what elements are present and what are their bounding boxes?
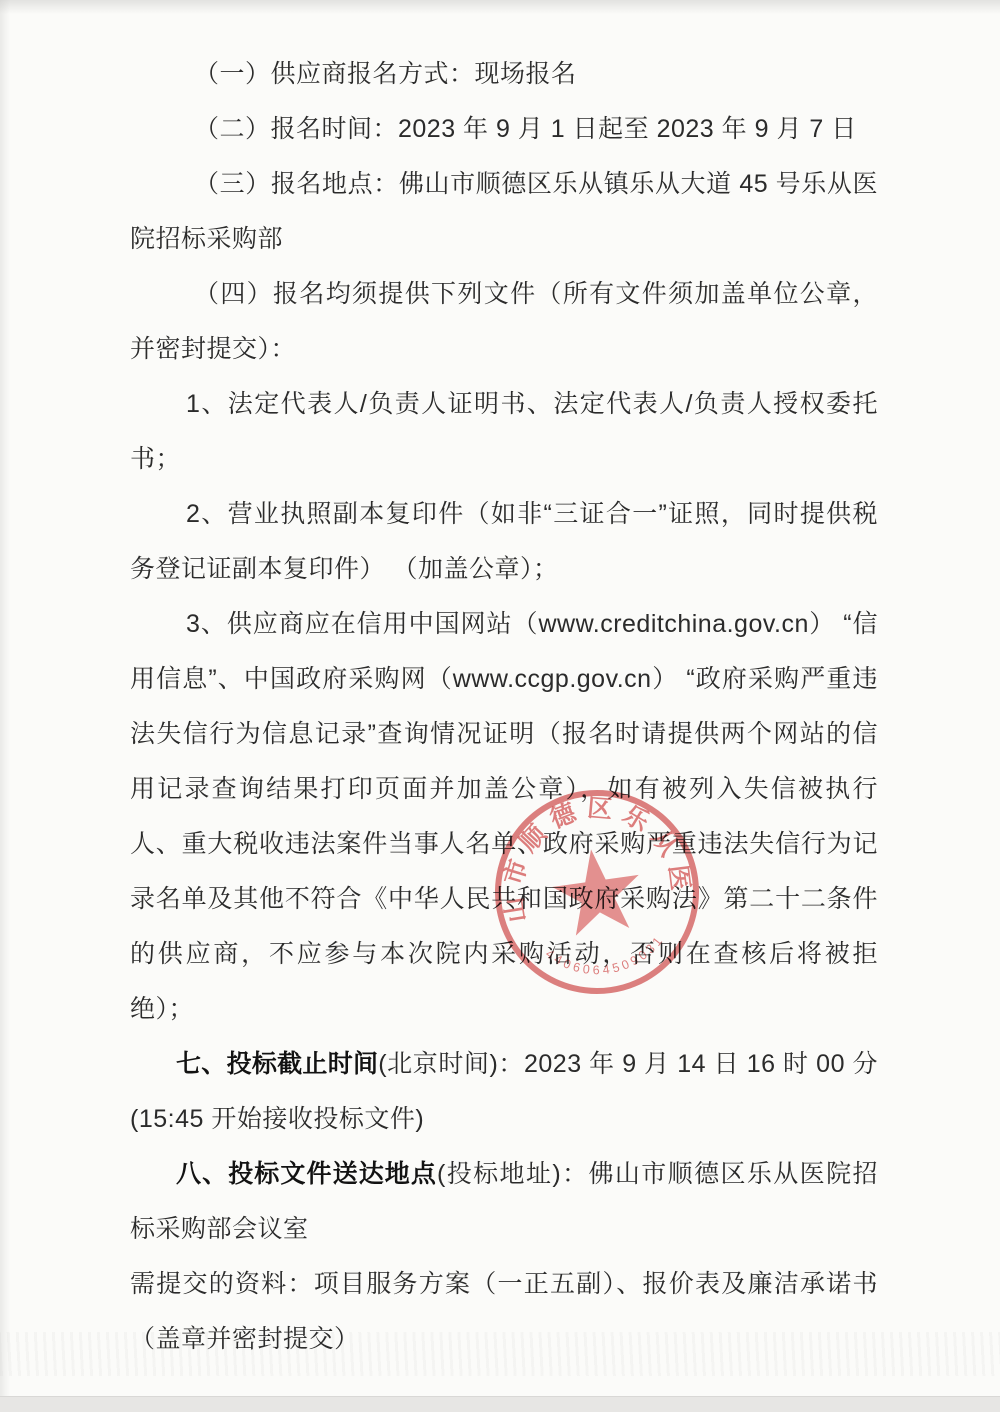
para-registration-time: （二）报名时间：2023 年 9 月 1 日起至 2023 年 9 月 7 日 <box>130 102 878 157</box>
scanned-document-page: （一）供应商报名方式：现场报名 （二）报名时间：2023 年 9 月 1 日起至… <box>0 0 1000 1412</box>
para-item-3-credit-check: 3、供应商应在信用中国网站（www.creditchina.gov.cn） “信… <box>130 597 878 1037</box>
para-materials-to-submit: 需提交的资料：项目服务方案（一正五副）、报价表及廉洁承诺书（盖章并密封提交） <box>130 1257 878 1367</box>
para-item-2-business-license: 2、营业执照副本复印件（如非“三证合一”证照，同时提供税务登记证副本复印件） （… <box>130 487 878 597</box>
para-text: （三）报名地点：佛山市顺德区乐从镇乐从大道 45 号乐从医院招标采购部 <box>130 170 878 253</box>
para-text: （四）报名均须提供下列文件（所有文件须加盖单位公章，并密封提交）： <box>130 280 878 363</box>
para-text: 1、法定代表人/负责人证明书、法定代表人/负责人授权委托书； <box>130 390 878 473</box>
para-bid-deadline: 七、投标截止时间(北京时间)：2023 年 9 月 14 日 16 时 00 分… <box>130 1037 878 1147</box>
para-text: 3、供应商应在信用中国网站（www.creditchina.gov.cn） “信… <box>130 610 878 1023</box>
para-text: （一）供应商报名方式：现场报名 <box>194 60 577 88</box>
para-text: （二）报名时间：2023 年 9 月 1 日起至 2023 年 9 月 7 日 <box>194 115 857 143</box>
para-required-documents-intro: （四）报名均须提供下列文件（所有文件须加盖单位公章，并密封提交）： <box>130 267 878 377</box>
para-registration-address: （三）报名地点：佛山市顺德区乐从镇乐从大道 45 号乐从医院招标采购部 <box>130 157 878 267</box>
para-registration-method: （一）供应商报名方式：现场报名 <box>130 47 878 102</box>
scan-edge-left <box>0 0 10 1412</box>
para-heading-bold: 七、投标截止时间 <box>176 1050 378 1078</box>
scan-edge-bottom <box>0 1396 1000 1412</box>
para-text: 2、营业执照副本复印件（如非“三证合一”证照，同时提供税务登记证副本复印件） （… <box>130 500 878 583</box>
para-text: 需提交的资料：项目服务方案（一正五副）、报价表及廉洁承诺书（盖章并密封提交） <box>130 1270 878 1353</box>
para-bid-delivery-address: 八、投标文件送达地点(投标地址)：佛山市顺德区乐从医院招标采购部会议室 <box>130 1147 878 1257</box>
scan-edge-top <box>0 0 1000 14</box>
document-body: （一）供应商报名方式：现场报名 （二）报名时间：2023 年 9 月 1 日起至… <box>0 0 1000 1367</box>
para-item-1-legal-representative: 1、法定代表人/负责人证明书、法定代表人/负责人授权委托书； <box>130 377 878 487</box>
para-heading-bold: 八、投标文件送达地点 <box>176 1160 437 1188</box>
